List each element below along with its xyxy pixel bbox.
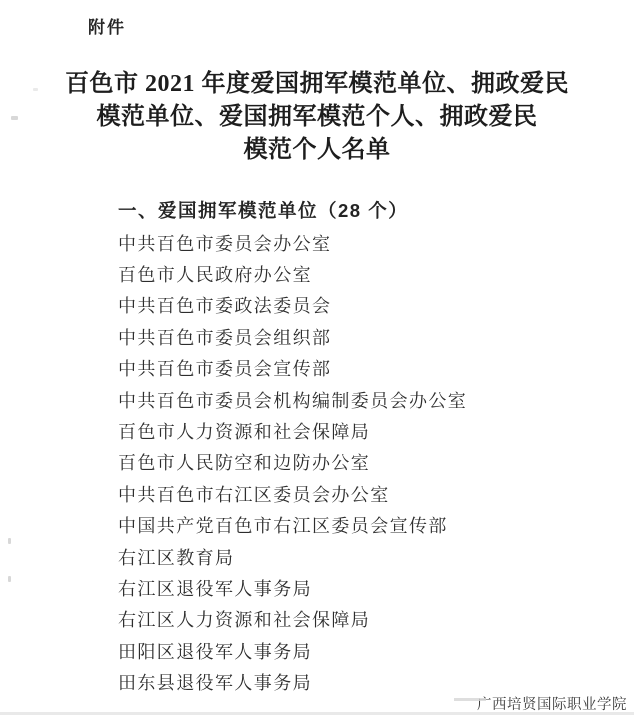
unit-name: 田阳区退役军人事务局 (118, 638, 312, 664)
model-unit-list: 中共百色市委员会办公室 百色市人民政府办公室 中共百色市委政法委员会 中共百色市… (118, 227, 614, 698)
unit-name: 中共百色市右江区委员会办公室 (118, 481, 390, 507)
unit-list-item: 中国共产党百色市右江区委员会宣传部 (118, 510, 614, 541)
scanned-document-page: 附件 百色市 2021 年度爱国拥军模范单位、拥政爱民 模范单位、爱国拥军模范个… (0, 0, 634, 715)
scan-smudge (454, 698, 486, 701)
scan-speck (33, 88, 38, 91)
unit-list-item: 中共百色市委政法委员会 (118, 290, 614, 321)
unit-name: 中共百色市委员会组织部 (118, 324, 331, 350)
unit-name: 百色市人民政府办公室 (118, 261, 312, 287)
unit-name: 右江区教育局 (118, 544, 234, 570)
scan-speck (8, 576, 11, 582)
document-title: 百色市 2021 年度爱国拥军模范单位、拥政爱民 模范单位、爱国拥军模范个人、拥… (0, 68, 634, 167)
unit-list-item: 中共百色市委员会宣传部 (118, 353, 614, 384)
document-title-line-1: 百色市 2021 年度爱国拥军模范单位、拥政爱民 (0, 68, 634, 101)
unit-name: 中国共产党百色市右江区委员会宣传部 (118, 512, 448, 538)
unit-list-item: 中共百色市委员会办公室 (118, 227, 614, 258)
unit-list-item: 田阳区退役军人事务局 (118, 635, 614, 666)
unit-name: 中共百色市委员会办公室 (118, 230, 331, 256)
section-heading-model-units: 一、爱国拥军模范单位（28 个） (118, 197, 408, 223)
unit-list-item: 中共百色市委员会组织部 (118, 321, 614, 352)
scan-speck (8, 538, 11, 544)
unit-list-item: 百色市人民政府办公室 (118, 258, 614, 289)
unit-list-item: 右江区退役军人事务局 (118, 572, 614, 603)
unit-list-item: 中共百色市右江区委员会办公室 (118, 478, 614, 509)
unit-name: 中共百色市委政法委员会 (118, 292, 331, 318)
scan-speck (11, 116, 18, 120)
unit-name: 百色市人力资源和社会保障局 (118, 418, 370, 444)
unit-name: 右江区人力资源和社会保障局 (118, 606, 370, 632)
document-title-line-3: 模范个人名单 (0, 134, 634, 167)
unit-list-item: 右江区教育局 (118, 541, 614, 572)
unit-name: 田东县退役军人事务局 (118, 669, 312, 695)
watermark-institution-name: 广西培贤国际职业学院 (477, 693, 627, 714)
attachment-label: 附件 (88, 13, 126, 38)
unit-list-item: 中共百色市委员会机构编制委员会办公室 (118, 384, 614, 415)
unit-list-item: 百色市人民防空和边防办公室 (118, 447, 614, 478)
unit-name: 中共百色市委员会宣传部 (118, 355, 331, 381)
document-title-line-2: 模范单位、爱国拥军模范个人、拥政爱民 (0, 101, 634, 134)
unit-list-item: 百色市人力资源和社会保障局 (118, 415, 614, 446)
unit-list-item: 右江区人力资源和社会保障局 (118, 604, 614, 635)
unit-name: 百色市人民防空和边防办公室 (118, 449, 370, 475)
unit-name: 中共百色市委员会机构编制委员会办公室 (118, 387, 467, 413)
unit-name: 右江区退役军人事务局 (118, 575, 312, 601)
